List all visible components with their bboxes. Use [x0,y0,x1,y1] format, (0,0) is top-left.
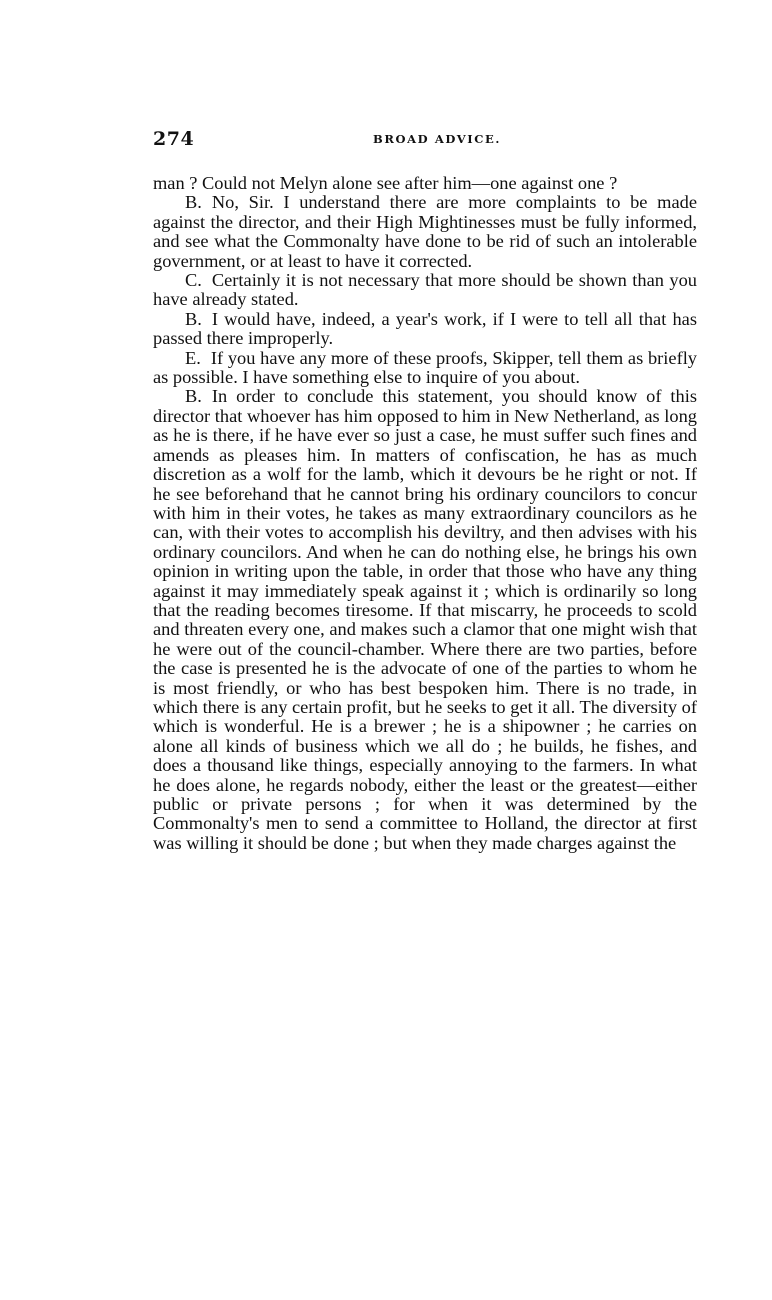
body-text: man ? Could not Melyn alone see after hi… [153,174,697,853]
paragraph-text: If you have any more of these proofs, Sk… [153,348,697,387]
paragraph-text: Certainly it is not necessary that more … [153,270,697,309]
paragraph-text: I would have, indeed, a year's work, if … [153,309,697,348]
speaker-label: B. [185,192,202,212]
book-page: 274 BROAD ADVICE. man ? Could not Melyn … [153,128,697,853]
speaker-label: E. [185,348,201,368]
paragraph-text: No, Sir. I understand there are more com… [153,192,697,270]
speaker-label: B. [185,309,202,329]
running-head: 274 BROAD ADVICE. [153,128,697,158]
running-title: BROAD ADVICE. [153,132,697,146]
paragraph: C.Certainly it is not necessary that mor… [153,271,697,310]
paragraph: man ? Could not Melyn alone see after hi… [153,174,697,193]
speaker-label: C. [185,270,202,290]
paragraph: B.I would have, indeed, a year's work, i… [153,310,697,349]
paragraph: B.In order to conclude this statement, y… [153,387,697,853]
paragraph-text: In order to conclude this statement, you… [153,386,697,852]
speaker-label: B. [185,386,202,406]
paragraph: E.If you have any more of these proofs, … [153,349,697,388]
paragraph-text: man ? Could not Melyn alone see after hi… [153,173,617,193]
paragraph: B.No, Sir. I understand there are more c… [153,193,697,271]
